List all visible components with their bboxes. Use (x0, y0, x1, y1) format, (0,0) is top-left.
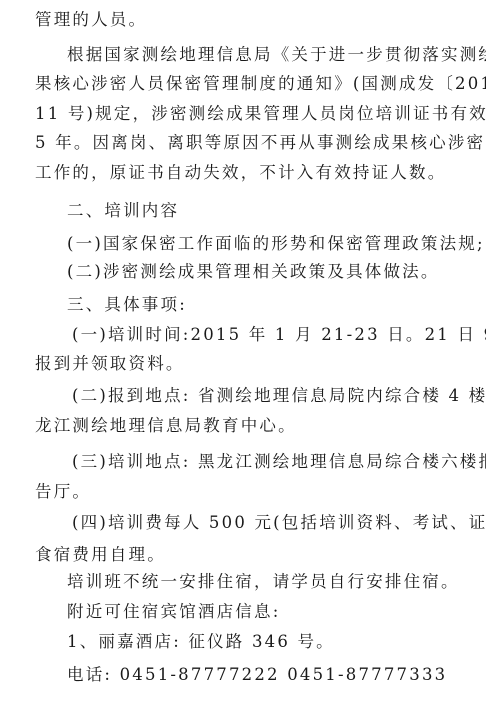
list-item: (二)涉密测绘成果管理相关政策及具体做法。 (67, 262, 486, 282)
paragraph-line: 5 年。因离岗、离职等原因不再从事测绘成果核心涉密岗位 (35, 133, 455, 153)
paragraph-line: (二)报到地点: 省测绘地理信息局院内综合楼 4 楼黑 (72, 386, 486, 406)
paragraph-line: 11 号)规定，涉密测绘成果管理人员岗位培训证书有效期为 (35, 104, 455, 124)
paragraph-line: 根据国家测绘地理信息局《关于进一步贯彻落实测绘成 (67, 45, 486, 65)
paragraph-line: 报到并领取资料。 (35, 354, 455, 374)
paragraph-line: 管理的人员。 (35, 10, 455, 30)
paragraph-line: 培训班不统一安排住宿，请学员自行安排住宿。 (67, 572, 486, 592)
paragraph-line: 附近可住宿宾馆酒店信息: (67, 602, 486, 622)
paragraph-line: 食宿费用自理。 (35, 545, 455, 565)
paragraph-line: (三)培训地点: 黑龙江测绘地理信息局综合楼六楼报 (72, 452, 486, 472)
list-item: (一)国家保密工作面临的形势和保密管理政策法规; (67, 234, 486, 254)
paragraph-line: (一)培训时间:2015 年 1 月 21-23 日。21 日 9:00—15:… (72, 325, 486, 345)
paragraph-line: 告厅。 (35, 482, 455, 502)
paragraph-line: (四)培训费每人 500 元(包括培训资料、考试、证书), (72, 513, 486, 533)
section-heading: 三、具体事项: (67, 295, 486, 315)
paragraph-line: 果核心涉密人员保密管理制度的通知》(国测成发〔2011〕 (35, 74, 455, 94)
hotel-address: 1、丽嘉酒店: 征仪路 346 号。 (67, 632, 486, 652)
paragraph-line: 工作的，原证书自动失效，不计入有效持证人数。 (35, 163, 455, 183)
hotel-phone: 电话: 0451-87777222 0451-87777333 (67, 665, 486, 685)
paragraph-line: 龙江测绘地理信息局教育中心。 (35, 416, 455, 436)
section-heading: 二、培训内容 (67, 201, 486, 221)
